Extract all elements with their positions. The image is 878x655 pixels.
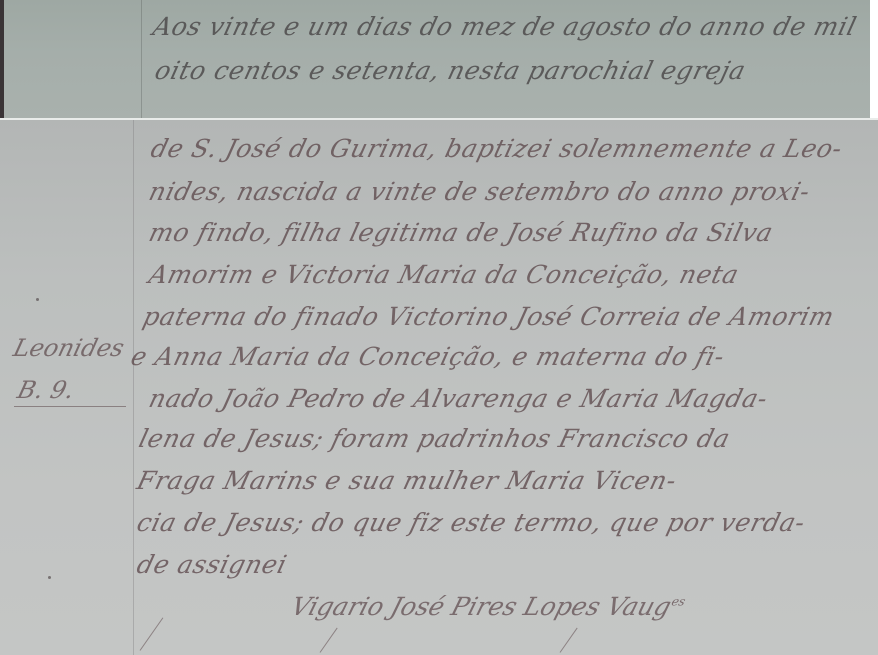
cutoff-ink-stroke [320, 628, 338, 653]
margin-note-name: Leonides [11, 334, 128, 362]
manuscript-line-7: nado João Pedro de Alvarenga e Maria Mag… [146, 384, 771, 413]
ink-dot [48, 576, 51, 579]
manuscript-line-2: nides, nascida a vinte de setembro do an… [146, 177, 813, 206]
manuscript-line-6: e Anna Maria da Conceição, e materna do … [128, 342, 728, 371]
manuscript-line-9: Fraga Marins e sua mulher Maria Vicen- [134, 466, 680, 495]
priest-signature: Vigario José Pires Lopes Vauges [288, 592, 688, 621]
manuscript-line-top-1: Aos vinte e um dias do mez de agosto do … [150, 12, 860, 41]
manuscript-line-top-2: oito centos e setenta, nesta parochial e… [152, 56, 749, 85]
manuscript-line-8: lena de Jesus; foram padrinhos Francisco… [136, 424, 733, 453]
manuscript-line-3: mo findo, filha legitima de José Rufino … [146, 218, 776, 247]
manuscript-page: Aos vinte e um dias do mez de agosto do … [0, 0, 878, 655]
cutoff-ink-stroke [560, 628, 578, 653]
manuscript-line-11: de assignei [134, 550, 290, 579]
manuscript-line-5: paterna do finado Victorino José Correia… [140, 302, 837, 331]
top-photo-strip: Aos vinte e um dias do mez de agosto do … [0, 0, 870, 118]
cutoff-ink-stroke [140, 617, 164, 650]
signature-text: Vigario José Pires Lopes Vaug [288, 592, 675, 621]
margin-note-underline [14, 406, 126, 407]
scan-left-edge [0, 0, 4, 118]
manuscript-line-1: de S. José do Gurima, baptizei solemneme… [148, 134, 846, 163]
margin-note-reference: B. 9. [15, 376, 78, 404]
ink-dot [36, 298, 39, 301]
signature-superscript: es [670, 595, 687, 609]
manuscript-line-10: cia de Jesus; do que fiz este termo, que… [134, 508, 808, 537]
bottom-photo-strip: de S. José do Gurima, baptizei solemneme… [0, 120, 878, 655]
margin-rule-top [141, 0, 142, 118]
manuscript-line-4: Amorim e Victoria Maria da Conceição, ne… [146, 260, 742, 289]
